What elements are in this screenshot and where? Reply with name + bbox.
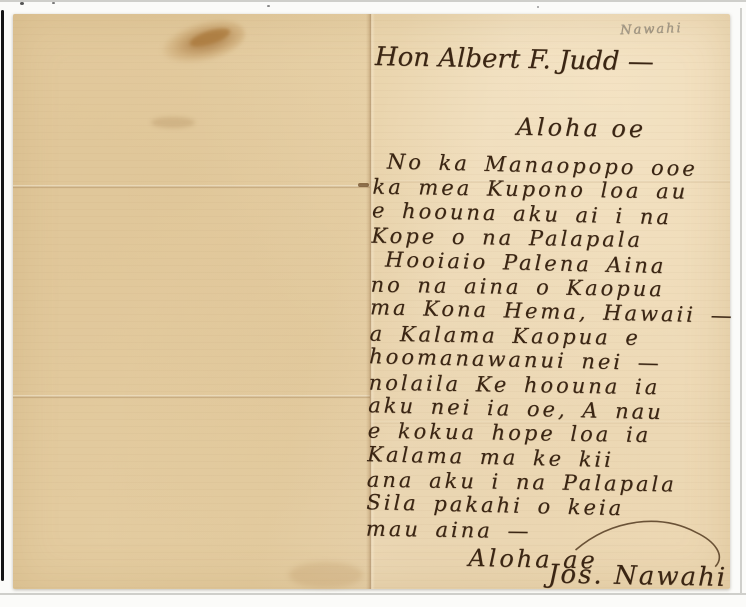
scan-dust-speck [537,6,539,8]
scan-dust-speck [52,2,55,4]
scan-dust-speck [267,5,270,7]
letter-salutation: Aloha oe [516,113,646,143]
scanner-edge-line-right [740,8,742,593]
letter-writing: Hon Albert F. Judd — Aloha oe No ka Mana… [3,7,731,596]
letter-paper: Nawahi Hon Albert F. Judd — Aloha oe No … [13,14,730,589]
scanner-edge-line-top [0,0,746,2]
letter-body: No ka Manaopopo ooe ka mea Kupono loa au… [366,150,738,547]
letter-line: mau aina — [366,516,731,546]
scanned-letter: Nawahi Hon Albert F. Judd — Aloha oe No … [0,0,746,607]
letter-heading: Hon Albert F. Judd — [375,42,654,77]
scan-dust-speck [20,2,24,5]
signature: Jos. Nawahi [548,561,727,590]
